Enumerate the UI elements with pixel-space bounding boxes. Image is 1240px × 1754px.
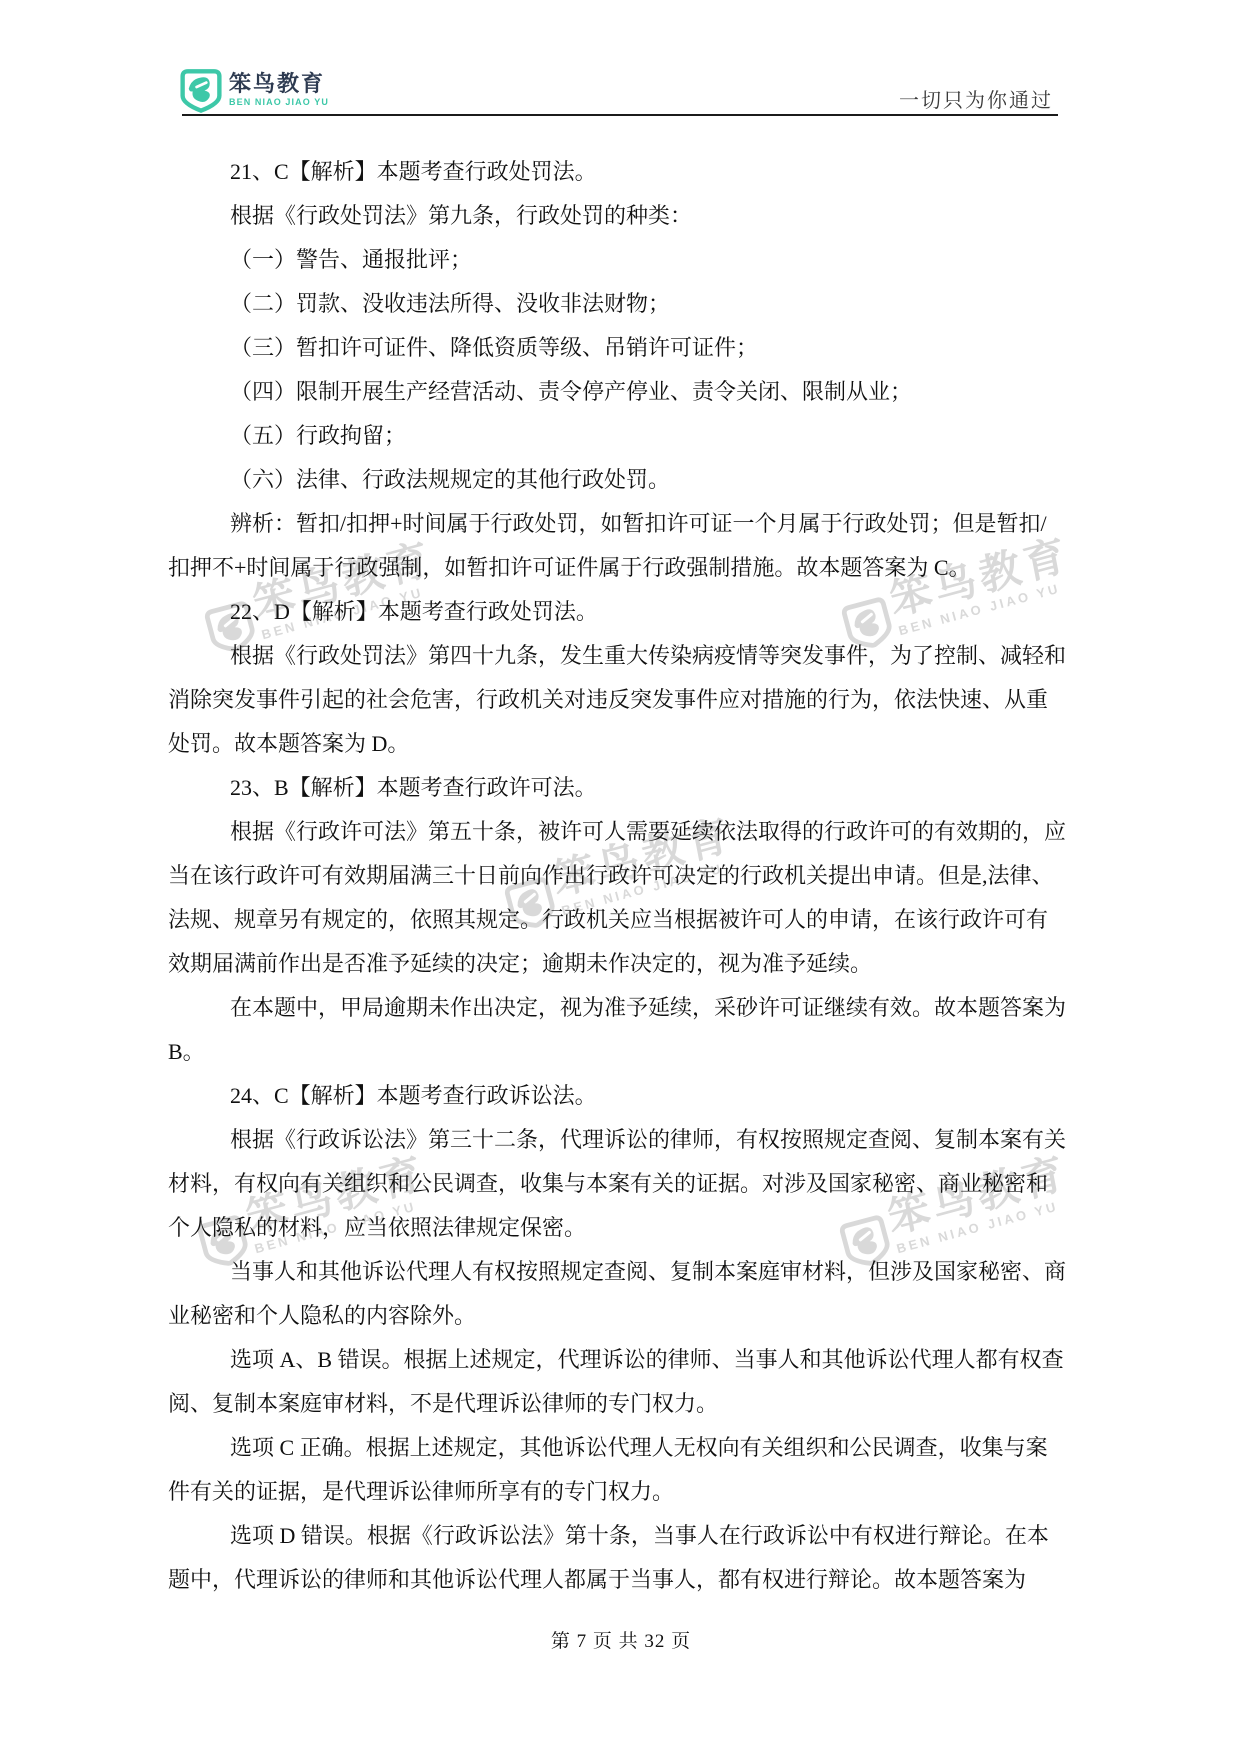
text-line: （六）法律、行政法规规定的其他行政处罚。	[168, 458, 1074, 502]
text-line: 效期届满前作出是否准予延续的决定；逾期未作决定的，视为准予延续。	[168, 942, 1074, 986]
header-slogan: 一切只为你通过	[899, 84, 1053, 113]
text-line: （二）罚款、没收违法所得、没收非法财物；	[168, 282, 1074, 326]
text-line: 扣押不+时间属于行政强制，如暂扣许可证件属于行政强制措施。故本题答案为 C。	[168, 546, 1074, 590]
text-line: 业秘密和个人隐私的内容除外。	[168, 1294, 1074, 1338]
text-line: （四）限制开展生产经营活动、责令停产停业、责令关闭、限制从业；	[168, 370, 1074, 414]
text-line: 件有关的证据，是代理诉讼律师所享有的专门权力。	[168, 1470, 1074, 1514]
text-line: （五）行政拘留；	[168, 414, 1074, 458]
text-line: 22、D【解析】本题考查行政处罚法。	[168, 590, 1074, 634]
bird-shield-logo-icon	[180, 68, 222, 113]
text-line: 法规、规章另有规定的，依照其规定。行政机关应当根据被许可人的申请，在该行政许可有	[168, 898, 1074, 942]
text-line: 根据《行政许可法》第五十条，被许可人需要延续依法取得的行政许可的有效期的，应	[168, 810, 1074, 854]
text-line: 阅、复制本案庭审材料，不是代理诉讼律师的专门权力。	[168, 1382, 1074, 1426]
text-line: 处罚。故本题答案为 D。	[168, 722, 1074, 766]
text-line: 当在该行政许可有效期届满三十日前向作出行政许可决定的行政机关提出申请。但是,法律…	[168, 854, 1074, 898]
header-divider	[182, 114, 1058, 116]
brand-logo-text: 笨鸟教育 BEN NIAO JIAO YU	[229, 73, 329, 108]
document-page: 笨鸟教育 BEN NIAO JIAO YU 一切只为你通过 笨鸟教育 BEN N…	[0, 0, 1240, 1754]
text-line: 根据《行政处罚法》第九条，行政处罚的种类：	[168, 194, 1074, 238]
text-line: 辨析：暂扣/扣押+时间属于行政处罚，如暂扣许可证一个月属于行政处罚；但是暂扣/	[168, 502, 1074, 546]
text-line: 选项 D 错误。根据《行政诉讼法》第十条，当事人在行政诉讼中有权进行辩论。在本	[168, 1514, 1074, 1558]
text-line: （一）警告、通报批评；	[168, 238, 1074, 282]
text-line: 根据《行政处罚法》第四十九条，发生重大传染病疫情等突发事件，为了控制、减轻和	[168, 634, 1074, 678]
text-line: 材料，有权向有关组织和公民调查，收集与本案有关的证据。对涉及国家秘密、商业秘密和	[168, 1162, 1074, 1206]
text-line: 23、B【解析】本题考查行政许可法。	[168, 766, 1074, 810]
text-line: （三）暂扣许可证件、降低资质等级、吊销许可证件；	[168, 326, 1074, 370]
text-line: 选项 C 正确。根据上述规定，其他诉讼代理人无权向有关组织和公民调查，收集与案	[168, 1426, 1074, 1470]
answer-explanations-body: 21、C【解析】本题考查行政处罚法。根据《行政处罚法》第九条，行政处罚的种类：（…	[168, 150, 1074, 1602]
text-line: 根据《行政诉讼法》第三十二条，代理诉讼的律师，有权按照规定查阅、复制本案有关	[168, 1118, 1074, 1162]
text-line: B。	[168, 1030, 1074, 1074]
text-line: 24、C【解析】本题考查行政诉讼法。	[168, 1074, 1074, 1118]
text-line: 题中，代理诉讼的律师和其他诉讼代理人都属于当事人，都有权进行辩论。故本题答案为	[168, 1558, 1074, 1602]
brand-name-en: BEN NIAO JIAO YU	[229, 97, 329, 108]
text-line: 消除突发事件引起的社会危害，行政机关对违反突发事件应对措施的行为，依法快速、从重	[168, 678, 1074, 722]
text-line: 选项 A、B 错误。根据上述规定，代理诉讼的律师、当事人和其他诉讼代理人都有权查	[168, 1338, 1074, 1382]
brand-name-cn: 笨鸟教育	[229, 73, 329, 95]
text-line: 21、C【解析】本题考查行政处罚法。	[168, 150, 1074, 194]
text-line: 个人隐私的材料，应当依照法律规定保密。	[168, 1206, 1074, 1250]
brand-logo: 笨鸟教育 BEN NIAO JIAO YU	[180, 68, 329, 113]
page-number: 第 7 页 共 32 页	[168, 1626, 1074, 1653]
text-line: 当事人和其他诉讼代理人有权按照规定查阅、复制本案庭审材料，但涉及国家秘密、商	[168, 1250, 1074, 1294]
text-line: 在本题中，甲局逾期未作出决定，视为准予延续，采砂许可证继续有效。故本题答案为	[168, 986, 1074, 1030]
